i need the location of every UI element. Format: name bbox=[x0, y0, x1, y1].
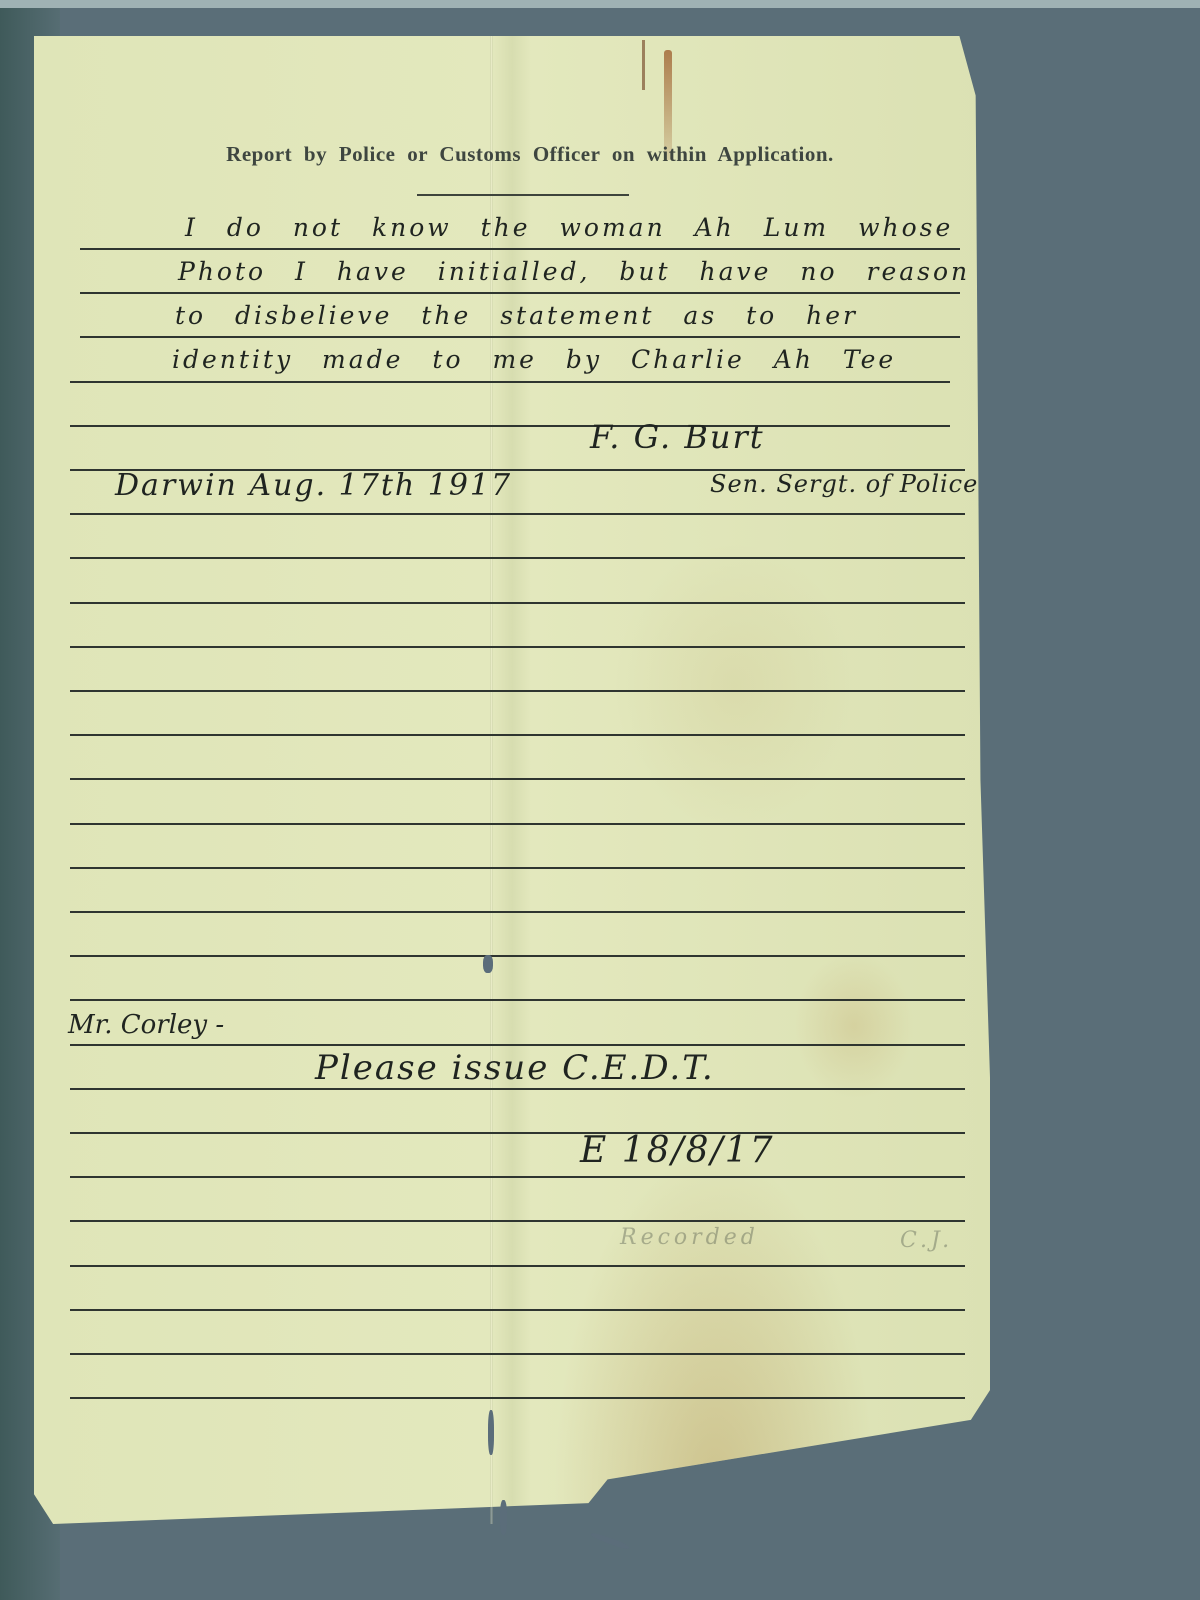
minute-addressee: Mr. Corley - bbox=[68, 1010, 224, 1040]
ruled-line bbox=[70, 513, 965, 515]
officer-signature: F. G. Burt bbox=[590, 418, 765, 456]
ruled-line bbox=[70, 1044, 965, 1046]
backdrop-top-strip bbox=[0, 0, 1200, 8]
ruled-line bbox=[70, 557, 965, 559]
report-line-2: Photo I have initialled, but have no rea… bbox=[178, 257, 970, 286]
ruled-line bbox=[70, 425, 950, 427]
ruled-line bbox=[80, 292, 960, 294]
ruled-line bbox=[70, 1220, 965, 1222]
ruled-line bbox=[70, 911, 965, 913]
ruled-line bbox=[70, 823, 965, 825]
ruled-line bbox=[80, 248, 960, 250]
ruled-line bbox=[70, 646, 965, 648]
rust-stain bbox=[642, 40, 645, 90]
faint-notation: Recorded bbox=[620, 1225, 759, 1250]
faint-notation: C.J. bbox=[900, 1228, 953, 1253]
ruled-line bbox=[70, 1265, 965, 1267]
ruled-line bbox=[80, 336, 960, 338]
ruled-line bbox=[70, 690, 965, 692]
report-line-4: identity made to me by Charlie Ah Tee bbox=[172, 345, 896, 374]
ruled-line bbox=[70, 778, 965, 780]
ruled-line bbox=[70, 955, 965, 957]
ruled-line bbox=[70, 867, 965, 869]
ruled-line bbox=[70, 381, 950, 383]
officer-title: Sen. Sergt. of Police bbox=[710, 470, 978, 498]
report-line-3: to disbelieve the statement as to her bbox=[175, 301, 858, 330]
report-line-1: I do not know the woman Ah Lum whose bbox=[185, 213, 953, 242]
ruled-line bbox=[70, 1353, 965, 1355]
minute-initial-date: E 18/8/17 bbox=[580, 1130, 775, 1171]
paper-tear bbox=[500, 1500, 507, 1535]
form-heading: Report by Police or Customs Officer on w… bbox=[130, 142, 930, 167]
ruled-line bbox=[70, 1397, 965, 1399]
ruled-line bbox=[70, 1088, 965, 1090]
heading-underline bbox=[417, 194, 629, 196]
paper-tear bbox=[488, 1410, 494, 1455]
ruled-line bbox=[70, 1132, 965, 1134]
paper-tear bbox=[590, 1531, 630, 1550]
ruled-line bbox=[70, 734, 965, 736]
paper-hole bbox=[483, 955, 493, 973]
ruled-line bbox=[70, 999, 965, 1001]
ruled-line bbox=[70, 602, 965, 604]
place-date: Darwin Aug. 17th 1917 bbox=[115, 468, 512, 503]
ruled-line bbox=[70, 1309, 965, 1311]
ruled-line bbox=[70, 1176, 965, 1178]
minute-instruction: Please issue C.E.D.T. bbox=[315, 1048, 715, 1088]
